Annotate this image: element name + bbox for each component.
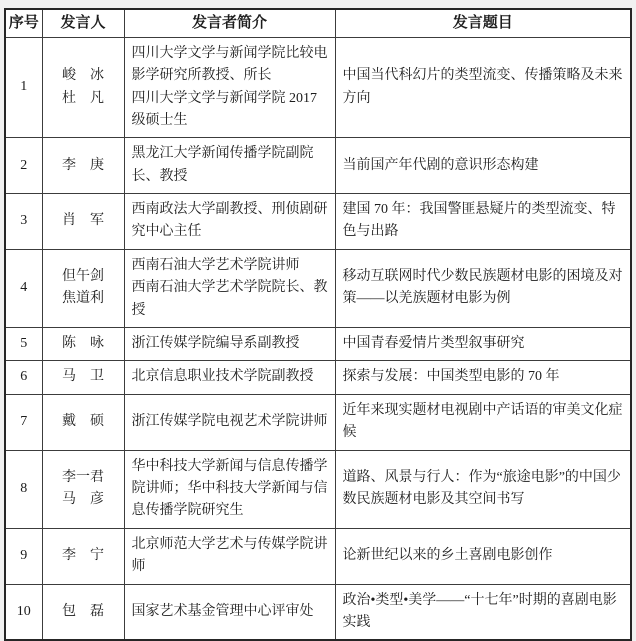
speaker-intro-paragraph: 北京师范大学艺术与传媒学院讲师: [132, 534, 328, 579]
speaker-intro-paragraph: 国家艺术基金管理中心评审处: [132, 601, 328, 623]
table-row: 4但午剑焦道利西南石油大学艺术学院讲师西南石油大学艺术学院院长、教授移动互联网时…: [5, 249, 631, 327]
speaker-names: 肖 军: [42, 194, 124, 250]
table-row: 1峻 冰杜 凡四川大学文学与新闻学院比较电影学研究所教授、所长四川大学文学与新闻…: [5, 37, 631, 138]
speaker-intro-paragraph: 华中科技大学新闻与信息传播学院讲师；华中科技大学新闻与信息传播学院研究生: [132, 456, 328, 523]
row-number: 1: [5, 37, 42, 138]
speaker-names: 李一君马 彦: [42, 450, 124, 528]
speaker-name: 戴 硕: [45, 411, 122, 433]
table-row: 10包 磊国家艺术基金管理中心评审处政治•类型•美学——“十七年”时期的喜剧电影…: [5, 584, 631, 640]
table-body: 1峻 冰杜 凡四川大学文学与新闻学院比较电影学研究所教授、所长四川大学文学与新闻…: [5, 37, 631, 640]
speaker-names: 马 卫: [42, 361, 124, 394]
talk-title: 近年来现实题材电视剧中产话语的审美文化症候: [335, 394, 631, 450]
table-row: 6马 卫北京信息职业技术学院副教授探索与发展：中国类型电影的 70 年: [5, 361, 631, 394]
row-number: 8: [5, 450, 42, 528]
speaker-name: 肖 军: [45, 210, 122, 232]
speaker-name: 峻 冰: [45, 65, 122, 87]
speaker-intro: 国家艺术基金管理中心评审处: [124, 584, 335, 640]
speaker-name: 包 磊: [45, 601, 122, 623]
row-number: 5: [5, 328, 42, 361]
speaker-intro: 北京师范大学艺术与传媒学院讲师: [124, 528, 335, 584]
speaker-intro: 华中科技大学新闻与信息传播学院讲师；华中科技大学新闻与信息传播学院研究生: [124, 450, 335, 528]
speaker-name: 陈 咏: [45, 333, 122, 355]
speaker-name: 李 宁: [45, 545, 122, 567]
speaker-intro: 西南政法大学副教授、刑侦剧研究中心主任: [124, 194, 335, 250]
speaker-intro-paragraph: 四川大学文学与新闻学院比较电影学研究所教授、所长: [132, 43, 328, 88]
row-number: 3: [5, 194, 42, 250]
speaker-names: 戴 硕: [42, 394, 124, 450]
speaker-name: 但午剑: [45, 266, 122, 288]
table-row: 5陈 咏浙江传媒学院编导系副教授中国青春爱情片类型叙事研究: [5, 328, 631, 361]
talk-title: 道路、风景与行人：作为“旅途电影”的中国少数民族题材电影及其空间书写: [335, 450, 631, 528]
table-row: 2李 庚黑龙江大学新闻传播学院副院长、教授当前国产年代剧的意识形态构建: [5, 138, 631, 194]
speaker-intro-paragraph: 浙江传媒学院电视艺术学院讲师: [132, 411, 328, 433]
speaker-names: 李 庚: [42, 138, 124, 194]
table-header: 序号 发言人 发言者简介 发言题目: [5, 9, 631, 37]
speaker-intro: 黑龙江大学新闻传播学院副院长、教授: [124, 138, 335, 194]
speaker-intro: 浙江传媒学院编导系副教授: [124, 328, 335, 361]
row-number: 4: [5, 249, 42, 327]
speaker-names: 但午剑焦道利: [42, 249, 124, 327]
speaker-name: 李一君: [45, 467, 122, 489]
speaker-names: 李 宁: [42, 528, 124, 584]
talk-title: 中国青春爱情片类型叙事研究: [335, 328, 631, 361]
speaker-name: 马 彦: [45, 489, 122, 511]
speaker-intro: 浙江传媒学院电视艺术学院讲师: [124, 394, 335, 450]
speaker-intro: 北京信息职业技术学院副教授: [124, 361, 335, 394]
speaker-name: 杜 凡: [45, 88, 122, 110]
speaker-intro-paragraph: 西南政法大学副教授、刑侦剧研究中心主任: [132, 199, 328, 244]
speaker-intro-paragraph: 北京信息职业技术学院副教授: [132, 366, 328, 388]
talk-title: 建国 70 年：我国警匪悬疑片的类型流变、特色与出路: [335, 194, 631, 250]
talk-title: 移动互联网时代少数民族题材电影的困境及对策——以羌族题材电影为例: [335, 249, 631, 327]
talk-title: 探索与发展：中国类型电影的 70 年: [335, 361, 631, 394]
row-number: 10: [5, 584, 42, 640]
speaker-names: 陈 咏: [42, 328, 124, 361]
speaker-intro-paragraph: 四川大学文学与新闻学院 2017 级硕士生: [132, 88, 328, 133]
speaker-intro-paragraph: 黑龙江大学新闻传播学院副院长、教授: [132, 143, 328, 188]
page: { "page": { "background_color": "#f1f1f1…: [0, 8, 636, 632]
header-row: 序号 发言人 发言者简介 发言题目: [5, 9, 631, 37]
talk-title: 论新世纪以来的乡土喜剧电影创作: [335, 528, 631, 584]
talk-title: 政治•类型•美学——“十七年”时期的喜剧电影实践: [335, 584, 631, 640]
table-row: 9李 宁北京师范大学艺术与传媒学院讲师论新世纪以来的乡土喜剧电影创作: [5, 528, 631, 584]
header-title: 发言题目: [335, 9, 631, 37]
speaker-intro: 四川大学文学与新闻学院比较电影学研究所教授、所长四川大学文学与新闻学院 2017…: [124, 37, 335, 138]
speaker-names: 峻 冰杜 凡: [42, 37, 124, 138]
talk-title: 中国当代科幻片的类型流变、传播策略及未来方向: [335, 37, 631, 138]
table-row: 3肖 军西南政法大学副教授、刑侦剧研究中心主任建国 70 年：我国警匪悬疑片的类…: [5, 194, 631, 250]
speaker-name: 李 庚: [45, 155, 122, 177]
speaker-names: 包 磊: [42, 584, 124, 640]
speaker-name: 马 卫: [45, 366, 122, 388]
speaker-name: 焦道利: [45, 288, 122, 310]
row-number: 2: [5, 138, 42, 194]
speaker-intro-paragraph: 西南石油大学艺术学院院长、教授: [132, 277, 328, 322]
table-row: 8李一君马 彦华中科技大学新闻与信息传播学院讲师；华中科技大学新闻与信息传播学院…: [5, 450, 631, 528]
speaker-intro-paragraph: 西南石油大学艺术学院讲师: [132, 255, 328, 277]
speaker-intro-paragraph: 浙江传媒学院编导系副教授: [132, 333, 328, 355]
talk-title: 当前国产年代剧的意识形态构建: [335, 138, 631, 194]
header-number: 序号: [5, 9, 42, 37]
row-number: 6: [5, 361, 42, 394]
header-intro: 发言者简介: [124, 9, 335, 37]
header-speaker: 发言人: [42, 9, 124, 37]
table-row: 7戴 硕浙江传媒学院电视艺术学院讲师近年来现实题材电视剧中产话语的审美文化症候: [5, 394, 631, 450]
speakers-program-table: 序号 发言人 发言者简介 发言题目 1峻 冰杜 凡四川大学文学与新闻学院比较电影…: [4, 8, 632, 641]
row-number: 7: [5, 394, 42, 450]
speaker-intro: 西南石油大学艺术学院讲师西南石油大学艺术学院院长、教授: [124, 249, 335, 327]
row-number: 9: [5, 528, 42, 584]
